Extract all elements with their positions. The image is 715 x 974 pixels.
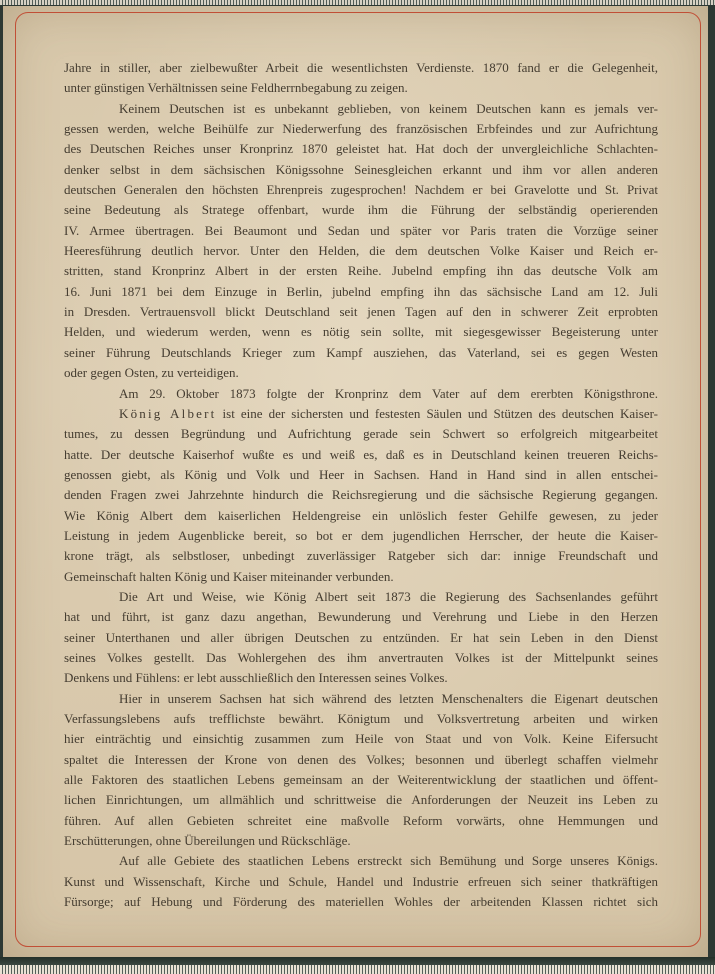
text-line: lichen Einrichtungen, um allmählich und …: [64, 790, 658, 810]
text-line: Keinem Deutschen ist es unbekannt geblie…: [64, 99, 658, 119]
text-block: Jahre in stiller, aber zielbewußter Arbe…: [64, 58, 658, 912]
text-line: gessen werden, welche Beihülfe zur Niede…: [64, 119, 658, 139]
text-line: spaltet die Interessen der Krone von den…: [64, 750, 658, 770]
text-line: seiner Führung Deutschlands Krieger zum …: [64, 343, 658, 363]
text-line: König Albert ist eine der sichersten und…: [64, 404, 658, 424]
text-line: Heeresführung deutlich hervor. Unter den…: [64, 241, 658, 261]
text-line: Kunst und Wissenschaft, Kirche und Schul…: [64, 872, 658, 892]
text-line: hatte. Der deutsche Kaiserhof wußte es u…: [64, 445, 658, 465]
text-line: seines Volkes gestellt. Das Wohlergehen …: [64, 648, 658, 668]
text-line: alle Faktoren des staatlichen Lebens gem…: [64, 770, 658, 790]
text-line: Auf alle Gebiete des staatlichen Lebens …: [64, 851, 658, 871]
text-line: hier einträchtig und einsichtig zusammen…: [64, 729, 658, 749]
text-line: unter günstigen Verhältnissen seine Feld…: [64, 78, 658, 98]
text-line: Gemeinschaft halten König und Kaiser mit…: [64, 567, 658, 587]
text-line: krone trägt, als selbstloser, unbedingt …: [64, 546, 658, 566]
text-line: IV. Armee übertragen. Bei Beaumont und S…: [64, 221, 658, 241]
text-line: des Deutschen Reiches unser Kronprinz 18…: [64, 139, 658, 159]
text-line: führen. Auf allen Gebieten schreitet ein…: [64, 811, 658, 831]
text-line: Am 29. Oktober 1873 folgte der Kronprinz…: [64, 384, 658, 404]
text-line: Erschütterungen, ohne Übereilungen und R…: [64, 831, 658, 851]
text-line: Verfassungslebens aufs trefflichste bewä…: [64, 709, 658, 729]
text-line: Hier in unserem Sachsen hat sich während…: [64, 689, 658, 709]
book-page-edges-bottom: [0, 965, 715, 974]
text-line: Helden, und wiederum werden, wenn es nöt…: [64, 322, 658, 342]
text-line: seiner Unterthanen und aller übrigen Deu…: [64, 628, 658, 648]
text-line: denker selbst in dem sächsischen Königss…: [64, 160, 658, 180]
text-line: in Dresden. Vertrauensvoll blickt Deutsc…: [64, 302, 658, 322]
text-line: Wie König Albert dem kaiserlichen Helden…: [64, 506, 658, 526]
book-page-edges-top: [0, 0, 715, 5]
letterspaced-name: König Albert: [119, 406, 216, 421]
text-line: deutschen Generalen den höchsten Ehrenpr…: [64, 180, 658, 200]
text-line: Fürsorge; auf Hebung und Förderung des m…: [64, 892, 658, 912]
book-page: Jahre in stiller, aber zielbewußter Arbe…: [3, 6, 708, 957]
text-line: Die Art und Weise, wie König Albert seit…: [64, 587, 658, 607]
text-line: oder gegen Osten, zu verteidigen.: [64, 363, 658, 383]
text-line: genossen giebt, als König und Volk und H…: [64, 465, 658, 485]
book-cover-edge-bottom: [0, 957, 715, 965]
text-line: tumes, zu dessen Begründung und Aufricht…: [64, 424, 658, 444]
text-line: 16. Juni 1871 bei dem Einzuge in Berlin,…: [64, 282, 658, 302]
book-photo: Jahre in stiller, aber zielbewußter Arbe…: [0, 0, 715, 974]
text-line: Denkens und Fühlens: er lebt ausschließl…: [64, 668, 658, 688]
text-line: Leistung in jedem Augenblicke bereit, so…: [64, 526, 658, 546]
text-line: Jahre in stiller, aber zielbewußter Arbe…: [64, 58, 658, 78]
text-line: stritten, stand Kronprinz Albert in der …: [64, 261, 658, 281]
text-line: denden Fragen zwei Jahrzehnte hindurch d…: [64, 485, 658, 505]
text-line: seine Bedeutung als Stratege offenbart, …: [64, 200, 658, 220]
text-line: hat und führt, ist ganz dazu angethan, B…: [64, 607, 658, 627]
